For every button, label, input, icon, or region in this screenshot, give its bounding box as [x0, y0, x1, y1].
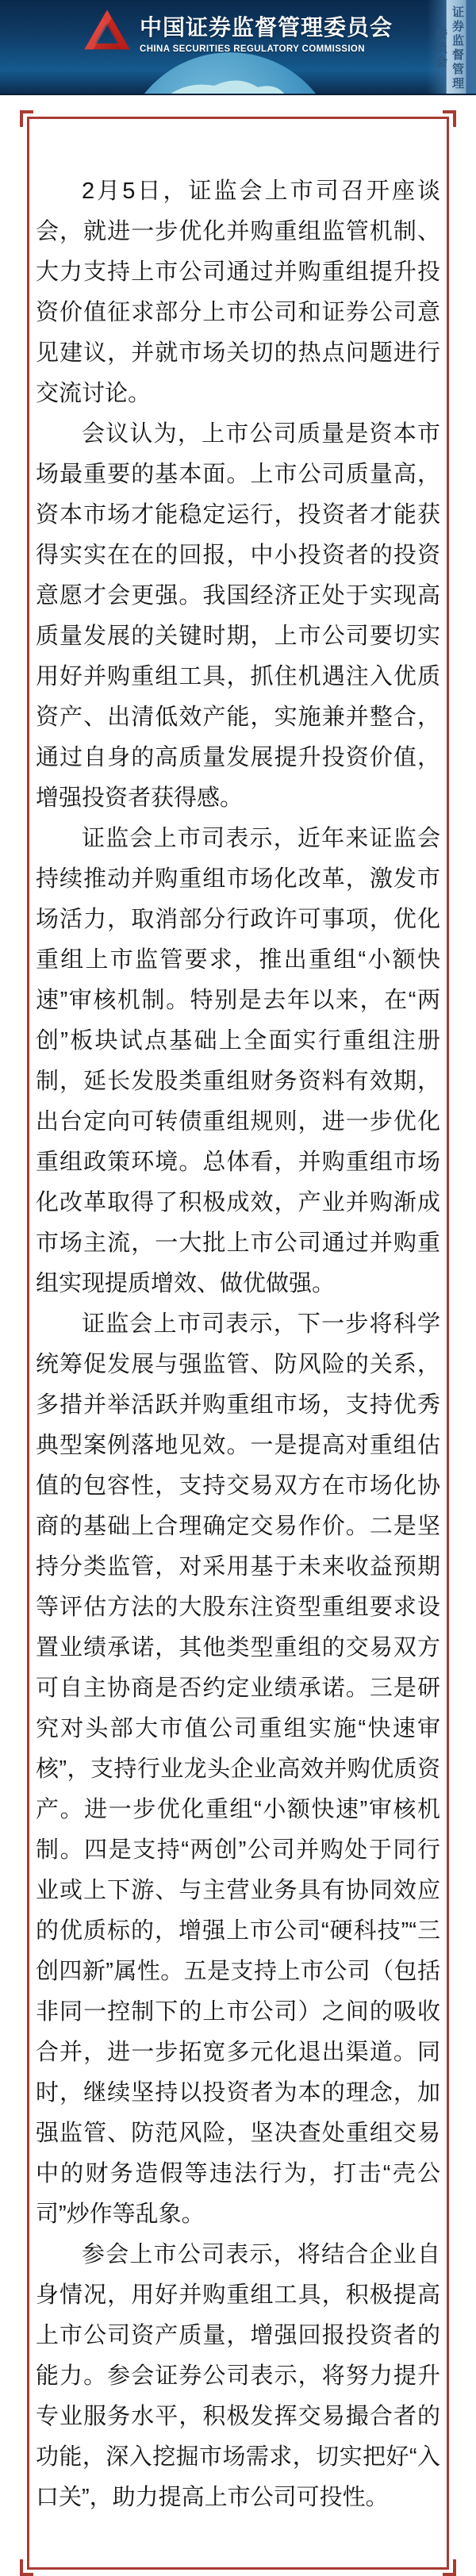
- paragraph: 证监会上市司表示，下一步将科学统筹促发展与强监管、防风险的关系，多措并举活跃并购…: [36, 1304, 440, 2235]
- paragraph: 证监会上市司表示，近年来证监会持续推动并购重组市场化改革，激发市场活力，取消部分…: [36, 819, 440, 1304]
- header-right-building: 证券监督管理委员会: [427, 0, 476, 94]
- globe-graphic: [119, 51, 341, 95]
- org-name-cn: 中国证券监督管理委员会: [140, 10, 393, 42]
- vertical-plaque: 证券监督管理委员会: [446, 0, 466, 95]
- csrc-logo-icon: [81, 8, 133, 52]
- paragraph: 2月5日，证监会上市司召开座谈会，就进一步优化并购重组监管机制、大力支持上市公司…: [36, 171, 440, 414]
- article-body: 2月5日，证监会上市司召开座谈会，就进一步优化并购重组监管机制、大力支持上市公司…: [36, 171, 440, 2518]
- frame-corner-bottom-right: [443, 2559, 456, 2576]
- article-frame: 2月5日，证监会上市司召开座谈会，就进一步优化并购重组监管机制、大力支持上市公司…: [27, 117, 449, 2570]
- csrc-header-banner: 中国证券监督管理委员会 CHINA SECURITIES REGULATORY …: [0, 0, 476, 95]
- frame-corner-bottom-left: [20, 2559, 33, 2576]
- paragraph: 会议认为，上市公司质量是资本市场最重要的基本面。上市公司质量高，资本市场才能稳定…: [36, 414, 440, 819]
- header-title-block: 中国证券监督管理委员会 CHINA SECURITIES REGULATORY …: [140, 10, 393, 54]
- org-name-en: CHINA SECURITIES REGULATORY COMMISSION: [140, 44, 393, 54]
- frame-corner-top-right: [443, 110, 456, 127]
- paragraph: 参会上市公司表示，将结合企业自身情况，用好并购重组工具，积极提高上市公司资产质量…: [36, 2235, 440, 2518]
- frame-corner-top-left: [20, 110, 33, 127]
